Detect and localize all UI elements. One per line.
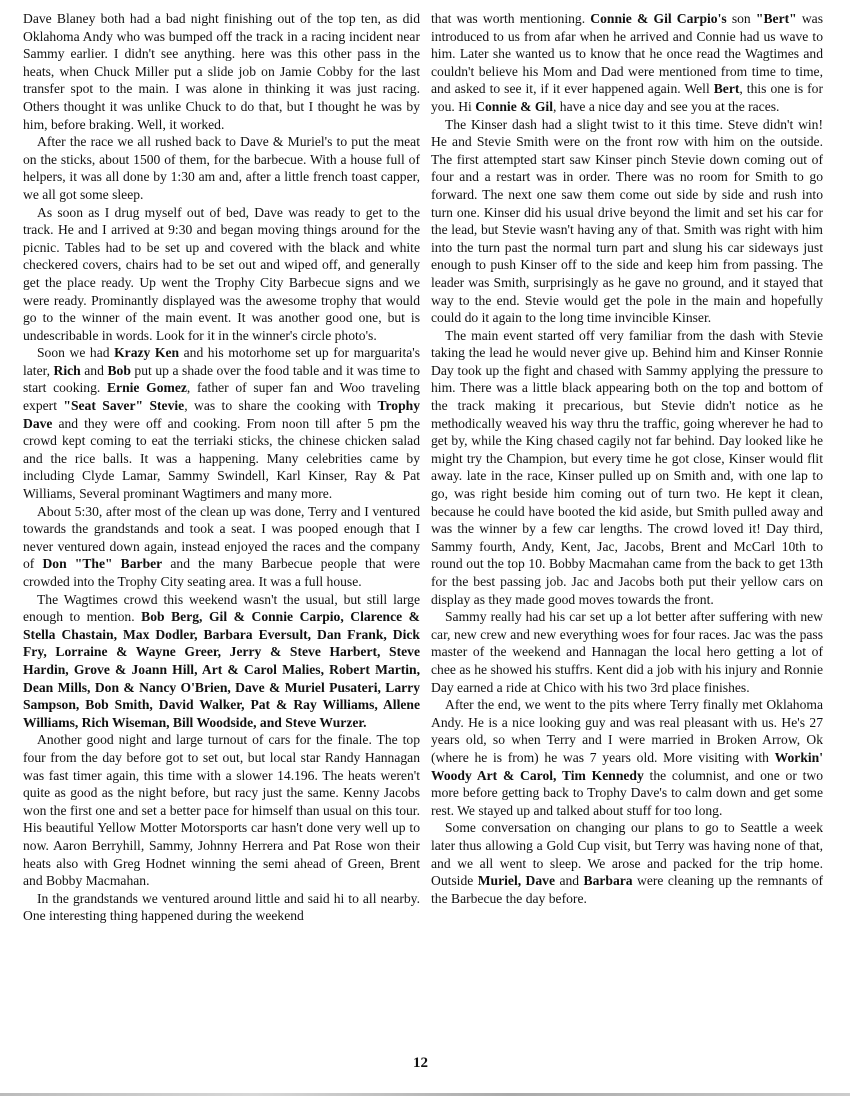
left-column: Dave Blaney both had a bad night finishi… — [23, 10, 420, 925]
article-paragraph: About 5:30, after most of the clean up w… — [23, 503, 420, 591]
bold-name-text: Barbara — [584, 873, 633, 888]
article-paragraph: Another good night and large turnout of … — [23, 731, 420, 889]
body-text: son — [727, 11, 756, 26]
article-paragraph: that was worth mentioning. Connie & Gil … — [431, 10, 823, 116]
article-paragraph: As soon as I drug myself out of bed, Dav… — [23, 204, 420, 345]
newsletter-page: Dave Blaney both had a bad night finishi… — [0, 0, 850, 1100]
bold-name-text: Krazy Ken — [114, 345, 179, 360]
body-text: The main event started off very familiar… — [431, 328, 823, 607]
body-text: and they were off and cooking. From noon… — [23, 416, 420, 501]
bold-name-text: Don "The" Barber — [42, 556, 162, 571]
article-paragraph: Some conversation on changing our plans … — [431, 819, 823, 907]
body-text: Dave Blaney both had a bad night finishi… — [23, 11, 420, 132]
body-text: Sammy really had his car set up a lot be… — [431, 609, 823, 694]
article-paragraph: The Kinser dash had a slight twist to it… — [431, 116, 823, 327]
bold-name-text: Muriel, Dave — [478, 873, 555, 888]
body-text: , have a nice day and see you at the rac… — [553, 99, 779, 114]
scan-bottom-edge — [0, 1093, 850, 1096]
article-paragraph: In the grandstands we ventured around li… — [23, 890, 420, 925]
bold-name-text: Bob Berg, Gil & Connie Carpio, Clarence … — [23, 609, 420, 730]
body-text: The Kinser dash had a slight twist to it… — [431, 117, 823, 326]
body-text: As soon as I drug myself out of bed, Dav… — [23, 205, 420, 343]
bold-name-text: Rich — [54, 363, 81, 378]
right-column: that was worth mentioning. Connie & Gil … — [431, 10, 823, 907]
bold-name-text: "Bert" — [756, 11, 797, 26]
article-paragraph: The Wagtimes crowd this weekend wasn't t… — [23, 591, 420, 732]
body-text: After the race we all rushed back to Dav… — [23, 134, 420, 202]
body-text: that was worth mentioning. — [431, 11, 590, 26]
bold-name-text: Bert — [714, 81, 740, 96]
body-text: and — [555, 873, 584, 888]
article-paragraph: After the end, we went to the pits where… — [431, 696, 823, 819]
body-text: , was to share the cooking with — [184, 398, 377, 413]
article-paragraph: After the race we all rushed back to Dav… — [23, 133, 420, 203]
page-number: 12 — [413, 1055, 428, 1072]
bold-name-text: Bob — [107, 363, 130, 378]
bold-name-text: Connie & Gil Carpio's — [590, 11, 726, 26]
body-text: and — [81, 363, 108, 378]
article-paragraph: Soon we had Krazy Ken and his motorhome … — [23, 344, 420, 502]
body-text: In the grandstands we ventured around li… — [23, 891, 420, 924]
body-text: Another good night and large turnout of … — [23, 732, 420, 888]
bold-name-text: "Seat Saver" Stevie — [63, 398, 184, 413]
body-text: Soon we had — [37, 345, 114, 360]
article-paragraph: Sammy really had his car set up a lot be… — [431, 608, 823, 696]
bold-name-text: Connie & Gil — [475, 99, 553, 114]
article-paragraph: The main event started off very familiar… — [431, 327, 823, 609]
body-text: After the end, we went to the pits where… — [431, 697, 823, 765]
article-paragraph: Dave Blaney both had a bad night finishi… — [23, 10, 420, 133]
bold-name-text: Ernie Gomez — [107, 380, 187, 395]
